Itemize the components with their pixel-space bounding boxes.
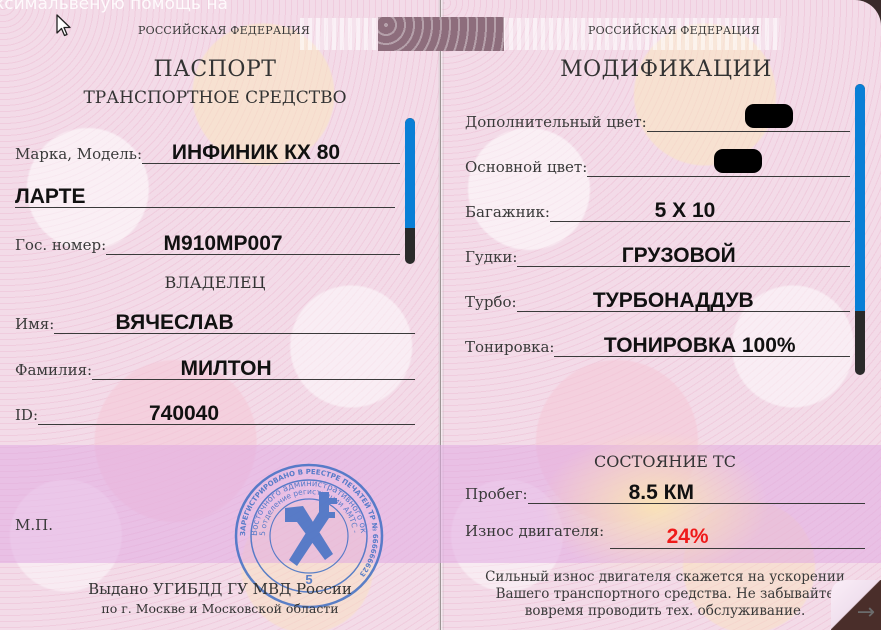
model-label: Марка, Модель: (15, 145, 142, 164)
federation-label: РОССИЙСКАЯ ФЕДЕРАЦИЯ (588, 24, 760, 37)
decorative-lace (300, 18, 380, 50)
last-name-value: МИЛТОН (92, 357, 360, 381)
mod-value: ГРУЗОВОЙ (517, 244, 840, 268)
decorative-lace-center (378, 17, 504, 51)
mileage-value: 8.5 КМ (528, 481, 795, 505)
engine-wear-label: Износ двигателя: (465, 516, 604, 541)
model-value: ИНФИНИК КХ 80 (142, 141, 370, 165)
mod-value: 5 X 10 (550, 199, 820, 223)
mileage-label: Пробег: (465, 485, 528, 504)
color-swatch-primary[interactable] (714, 149, 762, 173)
model-value-line2: ЛАРТЕ (15, 185, 395, 209)
arrow-right-icon: → (857, 600, 875, 625)
first-name-label: Имя: (15, 315, 54, 334)
plate-value: М910МР007 (106, 232, 340, 256)
first-name-value: ВЯЧЕСЛАВ (54, 311, 295, 335)
mod-label: Турбо: (465, 293, 517, 312)
field-id: ID: 740040 (15, 395, 415, 425)
page-title: МОДИФИКАЦИИ (441, 57, 881, 82)
id-value: 740040 (38, 402, 330, 426)
field-plate: Гос. номер: М910МР007 (15, 225, 400, 255)
seal-place-label: М.П. (15, 516, 53, 534)
field-engine-wear: Износ двигателя: 24% (465, 516, 865, 549)
mod-value: ТОНИРОВКА 100% (554, 334, 845, 358)
issued-by-line1: Выдано УГИБДД ГУ МВД России (40, 580, 400, 598)
mod-row: Гудки: ГРУЗОВОЙ (465, 237, 850, 267)
mod-label: Дополнительный цвет: (465, 113, 647, 132)
condition-heading: СОСТОЯНИЕ ТС (500, 452, 830, 471)
last-name-label: Фамилия: (15, 361, 92, 380)
next-page-button[interactable]: → (831, 580, 881, 630)
mod-row: Основной цвет: (465, 147, 850, 177)
field-last-name: Фамилия: МИЛТОН (15, 350, 415, 380)
mod-value: ТУРБОНАДДУВ (517, 289, 830, 313)
maintenance-hint: Сильный износ двигателя скажется на уско… (470, 569, 860, 620)
right-scrollbar[interactable] (855, 84, 865, 375)
mod-row: Тонировка: ТОНИРОВКА 100% (465, 327, 850, 357)
engine-wear-value: 24% (610, 525, 765, 549)
id-label: ID: (15, 406, 38, 425)
mod-row: Багажник: 5 X 10 (465, 192, 850, 222)
mod-label: Основной цвет: (465, 158, 587, 177)
left-scrollbar-thumb[interactable] (405, 118, 415, 228)
color-swatch-secondary[interactable] (745, 104, 793, 128)
vehicle-passport-book: ксимальвеную помощь на РОССИЙСКАЯ ФЕДЕРА… (0, 0, 881, 630)
page-subtitle: ТРАНСПОРТНОЕ СРЕДСТВО (0, 88, 430, 108)
field-model-continued: ЛАРТЕ (15, 178, 395, 208)
right-scrollbar-thumb[interactable] (855, 84, 865, 311)
mod-row: Турбо: ТУРБОНАДДУВ (465, 282, 850, 312)
issued-by-line2: по г. Москве и Московской области (40, 601, 400, 616)
field-first-name: Имя: ВЯЧЕСЛАВ (15, 304, 415, 334)
left-scrollbar[interactable] (405, 118, 415, 264)
owner-heading: ВЛАДЕЛЕЦ (0, 273, 430, 292)
plate-label: Гос. номер: (15, 236, 106, 255)
mod-label: Багажник: (465, 203, 550, 222)
mod-label: Тонировка: (465, 338, 554, 357)
mouse-cursor-icon (56, 14, 74, 38)
field-model: Марка, Модель: ИНФИНИК КХ 80 (15, 134, 400, 164)
mod-label: Гудки: (465, 248, 517, 267)
page-title: ПАСПОРТ (0, 57, 430, 82)
overlay-notification-text: ксимальвеную помощь на (0, 0, 228, 14)
field-mileage: Пробег: 8.5 КМ (465, 474, 865, 504)
federation-label: РОССИЙСКАЯ ФЕДЕРАЦИЯ (138, 24, 310, 37)
